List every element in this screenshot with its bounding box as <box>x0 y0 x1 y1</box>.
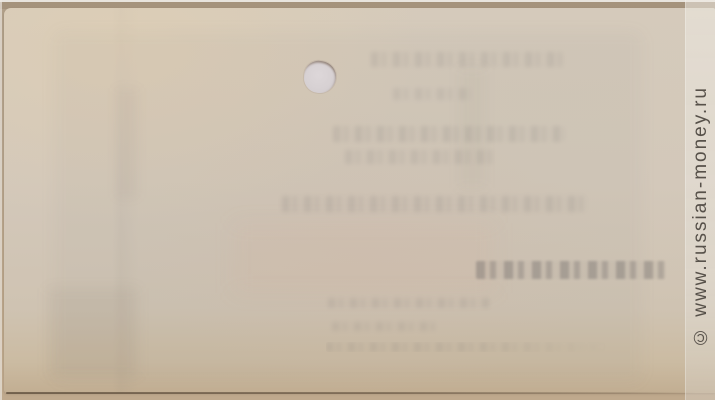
show-through-block <box>48 288 138 376</box>
photo-of-cheque-back: © www.russian-money.ru <box>0 0 715 400</box>
watermark-text: © www.russian-money.ru <box>690 86 712 347</box>
show-through-streak <box>116 88 138 198</box>
paper-tint-spot <box>234 223 494 293</box>
photo-edge-left <box>0 0 2 400</box>
show-through-smudge <box>333 126 565 142</box>
show-through-smudge <box>328 298 490 308</box>
show-through-smudge <box>282 196 587 212</box>
show-through-smudge <box>326 342 626 352</box>
show-through-smudge-dark <box>476 261 666 279</box>
show-through-smudge <box>393 88 471 100</box>
show-through-smudge <box>345 150 495 164</box>
photo-edge-top <box>0 0 715 2</box>
show-through-smudge <box>332 322 436 331</box>
watermark-strip: © www.russian-money.ru <box>685 0 715 400</box>
cheque-paper-back <box>4 8 715 393</box>
show-through-smudge <box>371 52 565 67</box>
